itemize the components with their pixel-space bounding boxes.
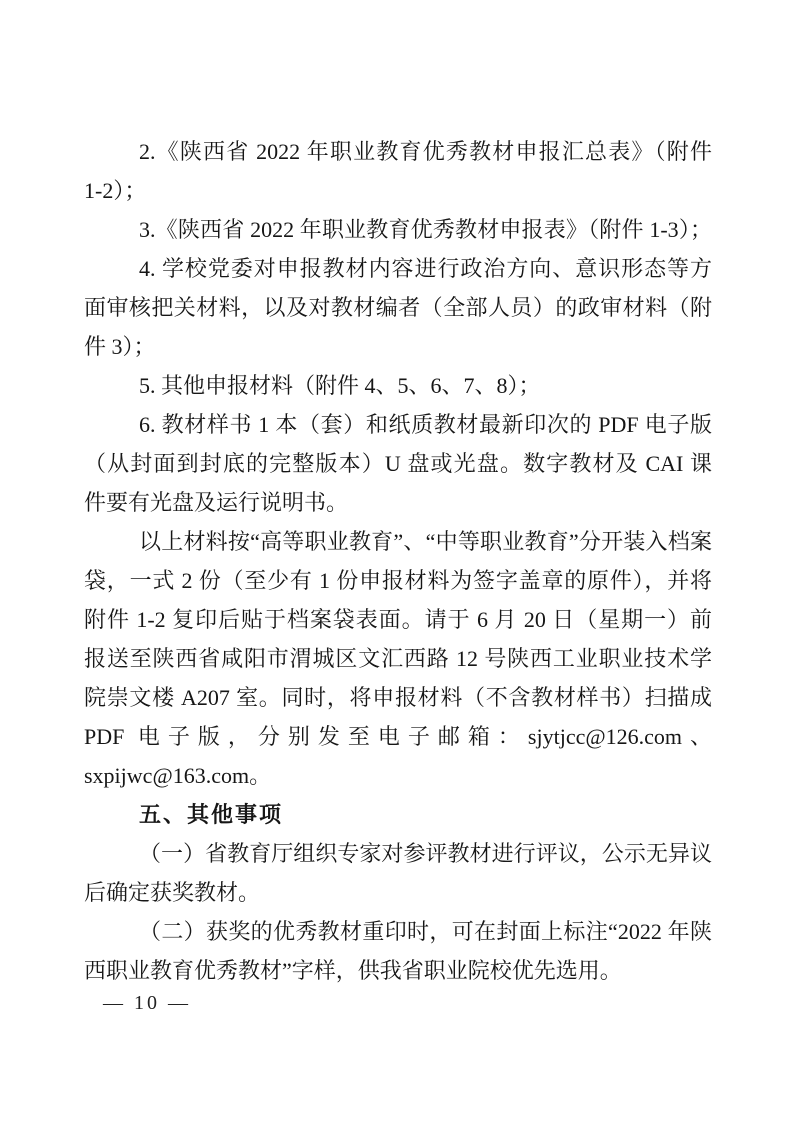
section-heading: 五、其他事项 [84, 795, 712, 834]
document-line: （一）省教育厅组织专家对参评教材进行评议，公示无异议 [84, 834, 712, 873]
document-line: 后确定获奖教材。 [84, 873, 712, 912]
document-line: 以上材料按“高等职业教育”、“中等职业教育”分开装入档案 [84, 522, 712, 561]
document-line: （二）获奖的优秀教材重印时，可在封面上标注“2022 年陕 [84, 912, 712, 951]
document-page: 2.《陕西省 2022 年职业教育优秀教材申报汇总表》（附件1-2）；3.《陕西… [0, 0, 793, 1122]
document-line: 5. 其他申报材料（附件 4、5、6、7、8）； [84, 366, 712, 405]
document-line: 6. 教材样书 1 本（套）和纸质教材最新印次的 PDF 电子版 [84, 405, 712, 444]
document-line: 西职业教育优秀教材”字样，供我省职业院校优先选用。 [84, 951, 712, 990]
document-line: 件 3）； [84, 327, 712, 366]
page-number-footer: — 10 — [103, 991, 191, 1015]
document-line: 报送至陕西省咸阳市渭城区文汇西路 12 号陕西工业职业技术学 [84, 639, 712, 678]
document-line: sxpijwc@163.com。 [84, 756, 712, 795]
document-line: 件要有光盘及运行说明书。 [84, 483, 712, 522]
document-line: 1-2）； [84, 171, 712, 210]
document-line: PDF 电子版，分别发至电子邮箱：sjytjcc@126.com、 [84, 717, 712, 756]
document-line: 2.《陕西省 2022 年职业教育优秀教材申报汇总表》（附件 [84, 132, 712, 171]
document-body: 2.《陕西省 2022 年职业教育优秀教材申报汇总表》（附件1-2）；3.《陕西… [84, 132, 712, 990]
document-line: 4. 学校党委对申报教材内容进行政治方向、意识形态等方 [84, 249, 712, 288]
document-line: 袋，一式 2 份（至少有 1 份申报材料为签字盖章的原件），并将 [84, 561, 712, 600]
document-line: 面审核把关材料，以及对教材编者（全部人员）的政审材料（附 [84, 288, 712, 327]
document-line: （从封面到封底的完整版本）U 盘或光盘。数字教材及 CAI 课 [84, 444, 712, 483]
document-line: 3.《陕西省 2022 年职业教育优秀教材申报表》（附件 1-3）； [84, 210, 712, 249]
document-line: 附件 1-2 复印后贴于档案袋表面。请于 6 月 20 日（星期一）前 [84, 600, 712, 639]
document-line: 院崇文楼 A207 室。同时，将申报材料（不含教材样书）扫描成 [84, 678, 712, 717]
